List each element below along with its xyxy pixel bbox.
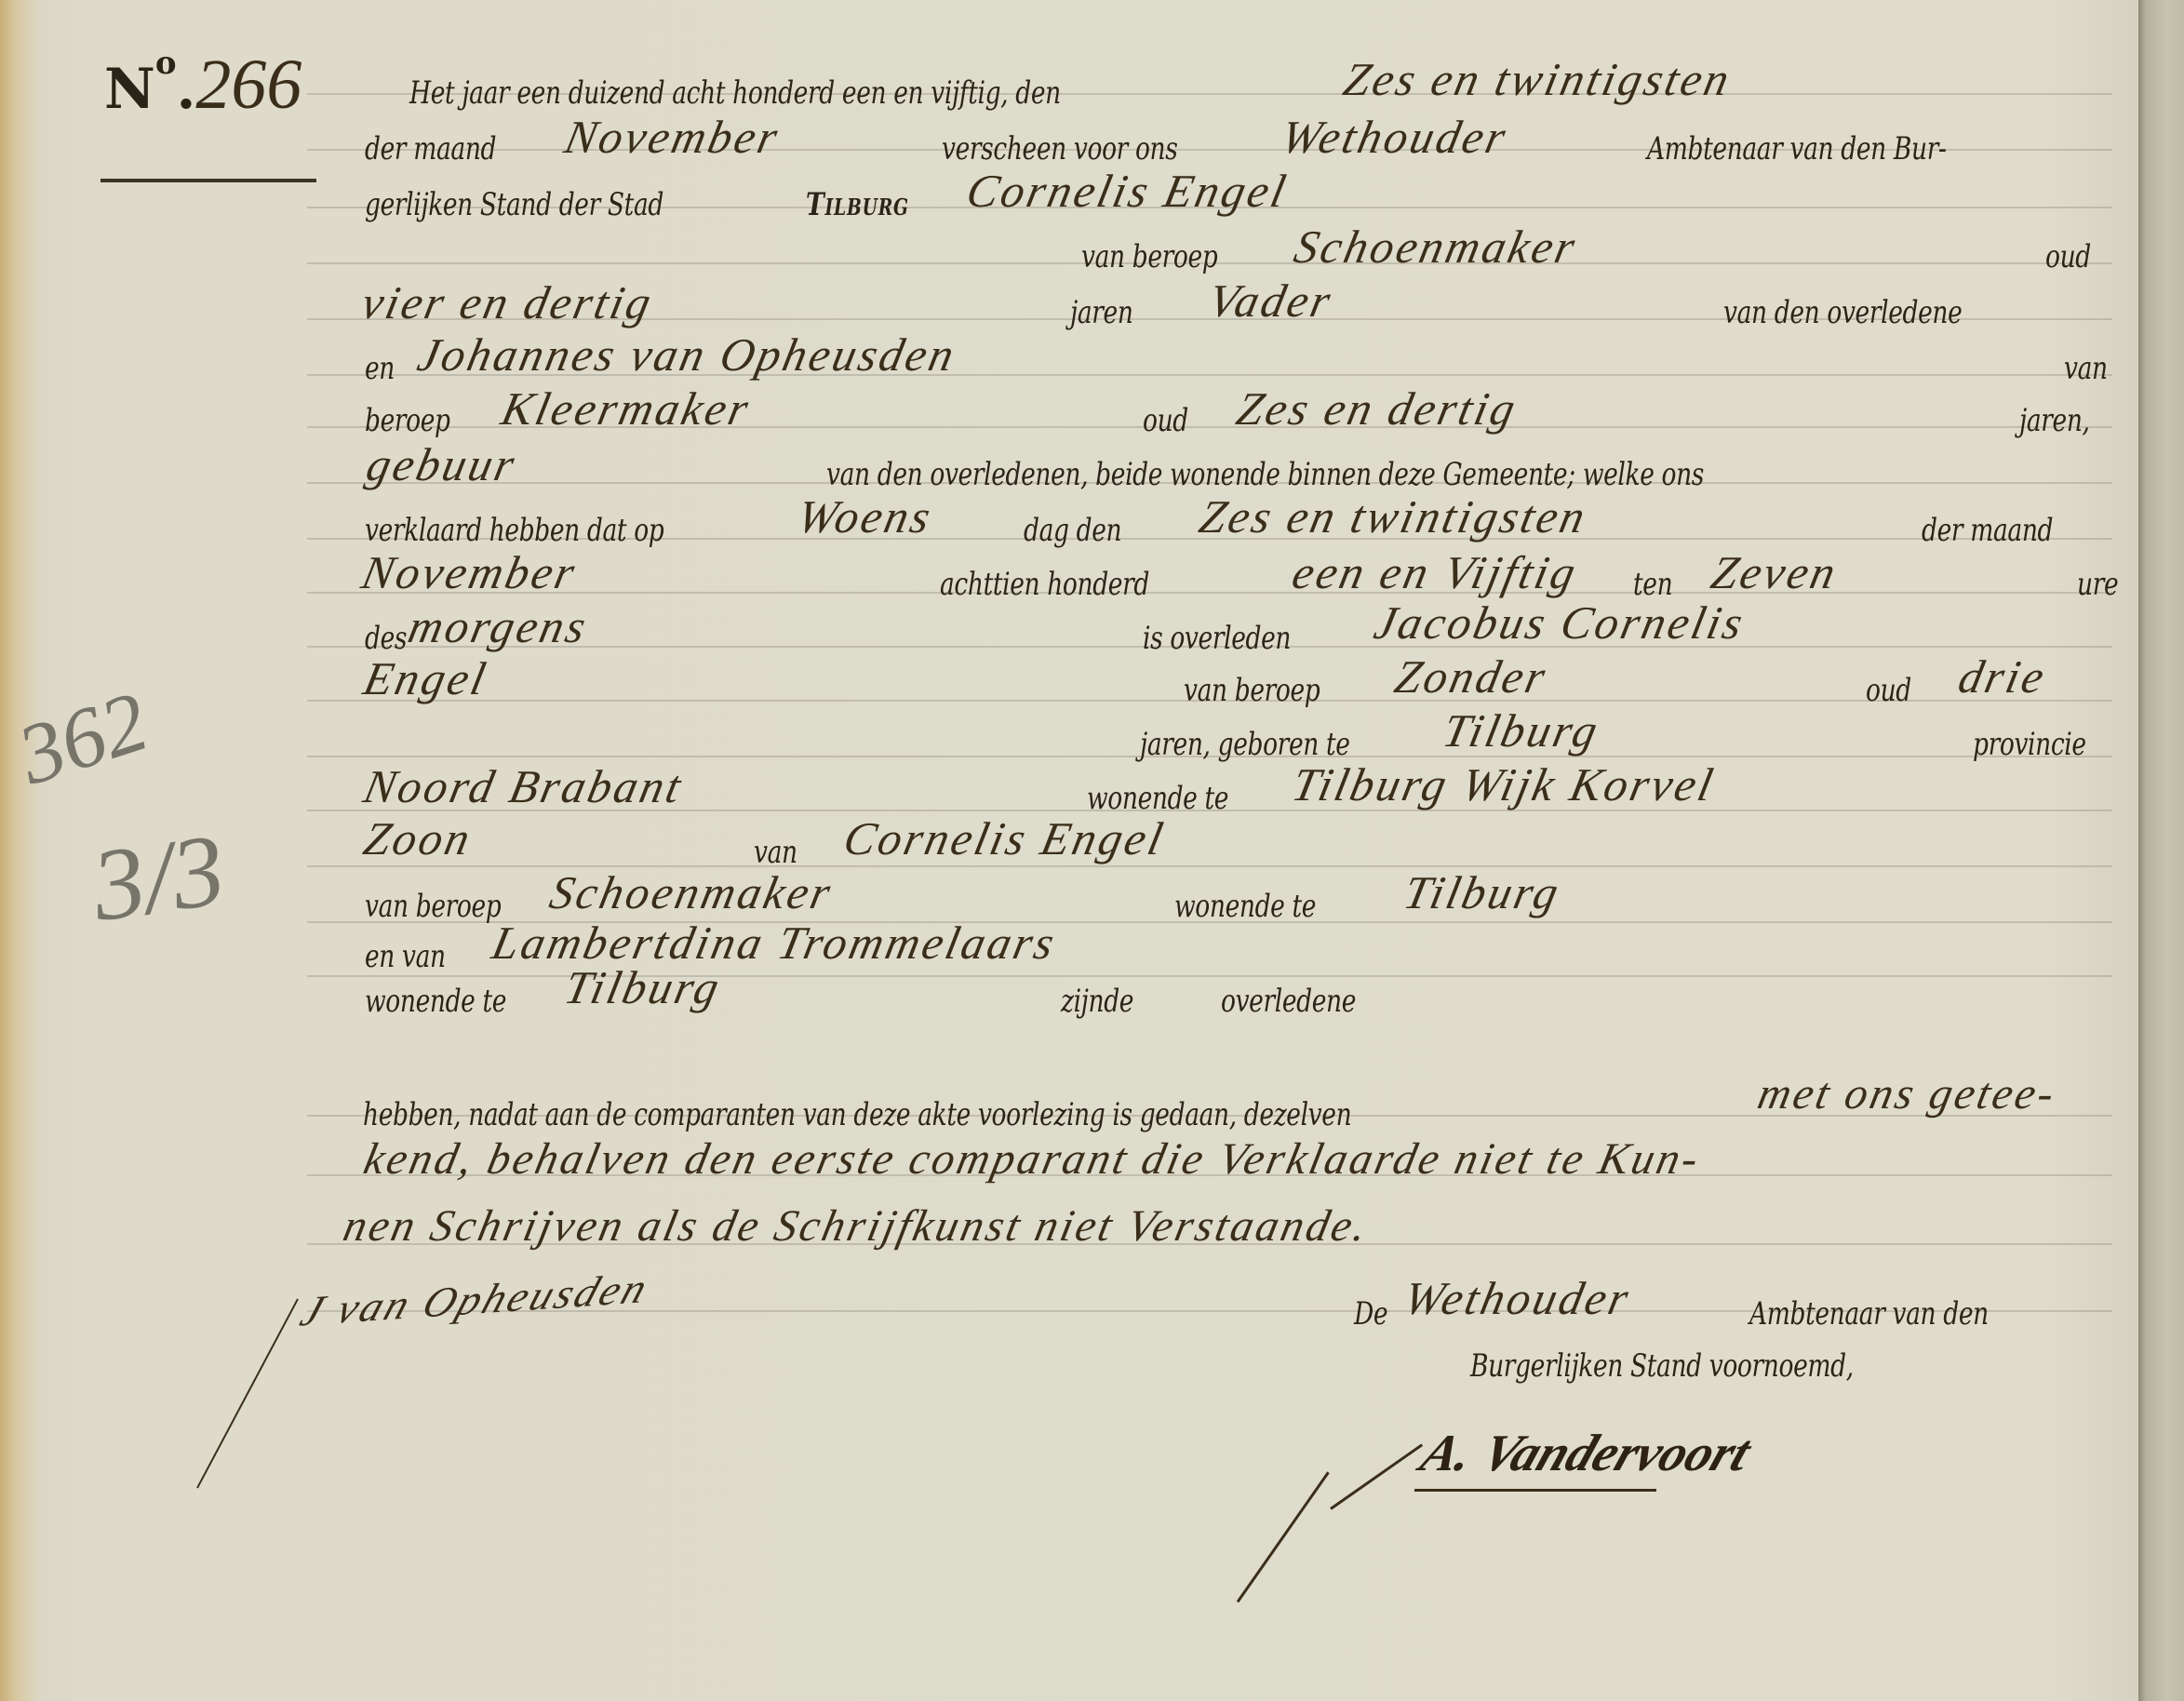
handwritten-time-of-day: morgens — [404, 599, 594, 653]
handwritten-occupation: Schoenmaker — [545, 865, 838, 919]
handwritten-birthplace: Tilburg — [1439, 703, 1605, 757]
handwritten-age: vier en dertig — [357, 275, 659, 329]
printed-text: en van — [365, 938, 446, 975]
handwritten-year: een en Vijftig — [1288, 545, 1583, 599]
handwritten-relation: gebuur — [362, 437, 522, 491]
signature-underline — [1414, 1489, 1656, 1492]
printed-text: zijnde — [1061, 983, 1133, 1020]
printed-text: van den overledene — [1723, 294, 1962, 331]
acte-number-dot: . — [177, 57, 196, 122]
printed-text: beroep — [365, 402, 450, 439]
printed-text: dag den — [1024, 512, 1121, 549]
handwritten-relation: Zoon — [359, 811, 477, 865]
printed-text: van beroep — [1081, 238, 1217, 275]
printed-text: verscheen voor ons — [942, 130, 1177, 167]
printed-text: Burgerlijken Stand voornoemd, — [1470, 1347, 1854, 1385]
register-page: No.266 362 3/3 Het jaar een duizend acht… — [0, 0, 2140, 1701]
printed-text: wonende te — [1174, 888, 1316, 925]
handwritten-residence: Tilburg Wijk Korvel — [1288, 757, 1721, 811]
acte-number-underline — [100, 179, 316, 182]
handwritten-declarant-2: Johannes van Opheusden — [413, 328, 961, 382]
printed-text: van den overledenen, beide wonende binne… — [826, 456, 1704, 493]
printed-text: ure — [2077, 566, 2118, 603]
handwritten-official-title: Wethouder — [1400, 1271, 1636, 1325]
book-gutter — [2138, 0, 2184, 1701]
printed-text: Ambtenaar van den — [1749, 1295, 1989, 1333]
printed-text: oud — [1143, 402, 1188, 439]
handwritten-official-title: Wethouder — [1277, 110, 1513, 164]
closing-handwritten-2: kend, behalven den eerste comparant die … — [359, 1133, 1706, 1185]
printed-text: Ambtenaar van den Bur- — [1647, 130, 1947, 167]
handwritten-weekday: Woens — [793, 489, 938, 543]
printed-text: der maand — [1922, 512, 2053, 549]
acte-number-sup: o — [155, 45, 177, 82]
handwritten-occupation: Kleermaker — [497, 382, 756, 435]
handwritten-occupation: Zonder — [1390, 650, 1553, 703]
handwritten-relation: Vader — [1204, 274, 1338, 328]
handwritten-month: November — [357, 545, 583, 599]
signature-flourish — [1237, 1471, 1330, 1602]
handwritten-age: drie — [1954, 650, 2052, 703]
closing-handwritten-3: nen Schrijven als de Schrijfkunst niet V… — [339, 1200, 1373, 1252]
printed-text: van beroep — [365, 888, 501, 925]
handwritten-declarant-1: Cornelis Engel — [962, 164, 1293, 218]
handwritten-month: November — [560, 110, 785, 164]
signature-flourish — [1330, 1443, 1423, 1509]
printed-text: oud — [2045, 238, 2091, 275]
printed-text: provincie — [1973, 726, 2086, 763]
printed-text: der maand — [365, 130, 496, 167]
handwritten-deceased-surname: Engel — [359, 651, 493, 705]
handwritten-residence: Tilburg — [1400, 865, 1566, 919]
witness-signature: J van Opheusden — [295, 1263, 657, 1335]
printed-text: oud — [1866, 672, 1911, 709]
printed-text: jaren, — [2019, 402, 2090, 439]
printed-text: van — [2064, 350, 2108, 387]
handwritten-age: Zes en dertig — [1232, 382, 1522, 435]
handwritten-father-name: Cornelis Engel — [839, 811, 1171, 865]
officer-signature: A. Vandervoort — [1413, 1424, 1759, 1483]
ruled-line — [307, 592, 2112, 594]
acte-number-value: 266 — [195, 46, 301, 124]
printed-text: jaren — [1070, 294, 1133, 331]
margin-pencil-note-2: 3/3 — [86, 810, 232, 945]
printed-text: van beroep — [1184, 672, 1320, 709]
margin-pencil-note-1: 362 — [7, 671, 159, 804]
printed-text: achttien honderd — [940, 566, 1149, 603]
printed-text: De — [1354, 1295, 1387, 1333]
acte-number-label: N — [104, 57, 155, 122]
handwritten-day: Zes en twintigsten — [1195, 489, 1592, 543]
acte-number: No.266 — [104, 45, 301, 126]
closing-printed-text: hebben, nadat aan de comparanten van dez… — [363, 1096, 1351, 1133]
handwritten-occupation: Schoenmaker — [1290, 220, 1583, 274]
handwritten-residence: Tilburg — [560, 960, 727, 1014]
printed-text: verklaard hebben dat op — [365, 512, 663, 549]
printed-text: is overleden — [1143, 620, 1291, 657]
printed-text: overledene — [1221, 983, 1356, 1020]
printed-text: en — [365, 350, 395, 387]
handwritten-deceased-name: Jacobus Cornelis — [1370, 596, 1750, 650]
printed-city: Tilburg — [806, 186, 909, 223]
closing-handwritten-1: met ons getee- — [1753, 1068, 2061, 1119]
printed-text: gerlijken Stand der Stad — [365, 186, 663, 223]
signature-flourish — [196, 1299, 299, 1489]
handwritten-hour: Zeven — [1707, 545, 1843, 599]
printed-text: wonende te — [365, 983, 506, 1020]
handwritten-province: Noord Brabant — [359, 759, 689, 813]
printed-text: Het jaar een duizend acht honderd een en… — [409, 74, 1061, 112]
handwritten-day: Zes en twintigsten — [1339, 52, 1736, 106]
